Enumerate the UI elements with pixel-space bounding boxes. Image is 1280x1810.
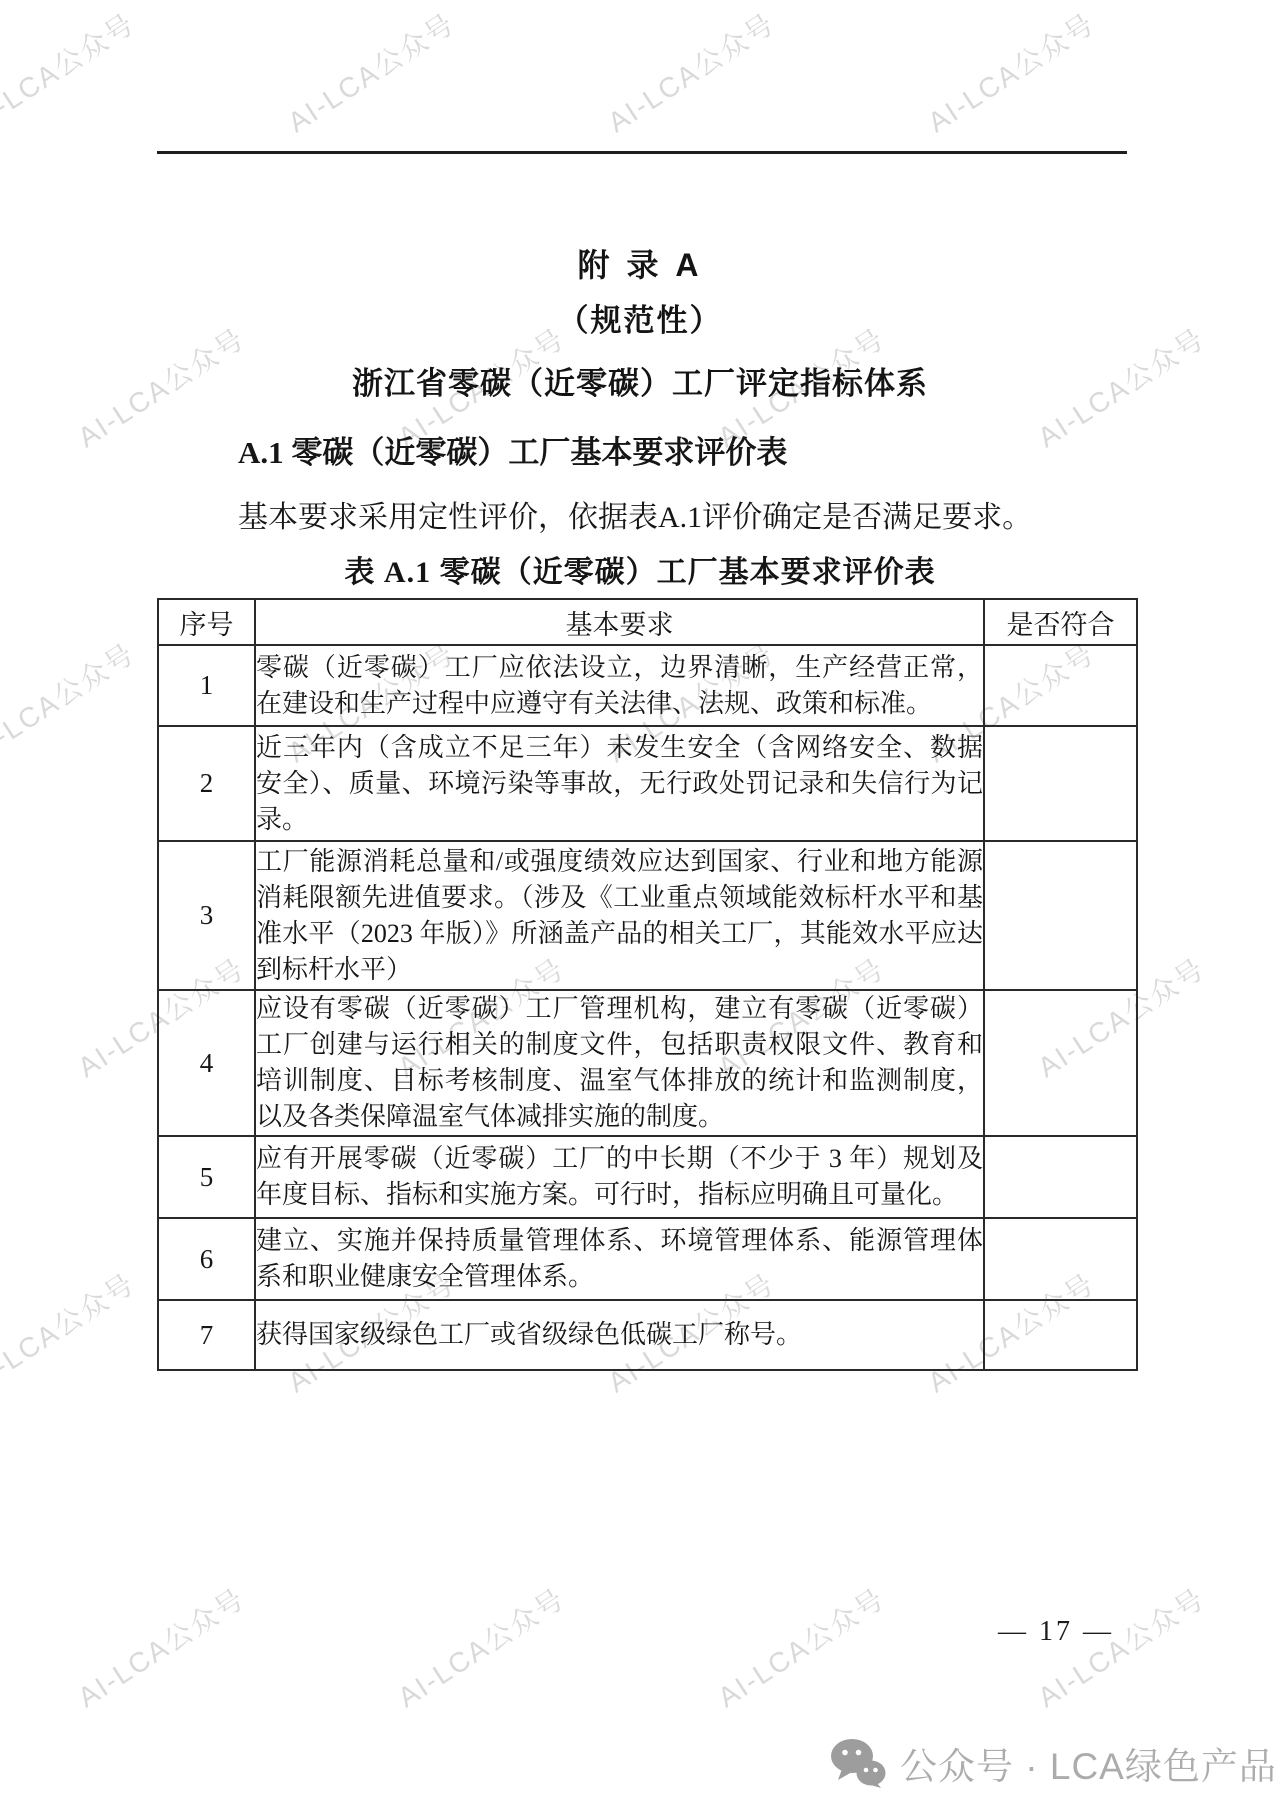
requirement-text: 应设有零碳（近零碳）工厂管理机构，建立有零碳（近零碳）工厂创建与运行相关的制度文…	[255, 990, 984, 1136]
footer-brand-text: 公众号 · LCA绿色产品	[900, 1736, 1277, 1790]
requirement-text: 建立、实施并保持质量管理体系、环境管理体系、能源管理体系和职业健康安全管理体系。	[255, 1218, 984, 1300]
col-header-no: 序号	[158, 599, 255, 645]
section-heading: A.1 零碳（近零碳）工厂基本要求评价表	[238, 427, 787, 472]
requirement-text: 获得国家级绿色工厂或省级绿色低碳工厂称号。	[255, 1300, 984, 1370]
table-caption: 表 A.1 零碳（近零碳）工厂基本要求评价表	[0, 547, 1280, 591]
footer-brand: 公众号 · LCA绿色产品	[830, 1736, 1277, 1790]
row-number: 3	[158, 841, 255, 990]
table-row: 3 工厂能源消耗总量和/或强度绩效应达到国家、行业和地方能源消耗限额先进值要求。…	[158, 841, 1137, 990]
intro-paragraph: 基本要求采用定性评价，依据表A.1评价确定是否满足要求。	[157, 492, 1137, 536]
system-title: 浙江省零碳（近零碳）工厂评定指标体系	[0, 358, 1280, 403]
table-row: 2 近三年内（含成立不足三年）未发生安全（含网络安全、数据安全）、质量、环境污染…	[158, 726, 1137, 841]
compliance-cell	[984, 1218, 1137, 1300]
appendix-title: 附 录 A	[0, 240, 1280, 286]
col-header-compliance: 是否符合	[984, 599, 1137, 645]
row-number: 2	[158, 726, 255, 841]
row-number: 7	[158, 1300, 255, 1370]
requirement-text: 近三年内（含成立不足三年）未发生安全（含网络安全、数据安全）、质量、环境污染等事…	[255, 726, 984, 841]
requirement-text: 工厂能源消耗总量和/或强度绩效应达到国家、行业和地方能源消耗限额先进值要求。（涉…	[255, 841, 984, 990]
table-header-row: 序号 基本要求 是否符合	[158, 599, 1137, 645]
table-row: 5 应有开展零碳（近零碳）工厂的中长期（不少于 3 年）规划及年度目标、指标和实…	[158, 1136, 1137, 1218]
row-number: 5	[158, 1136, 255, 1218]
table-row: 4 应设有零碳（近零碳）工厂管理机构，建立有零碳（近零碳）工厂创建与运行相关的制…	[158, 990, 1137, 1136]
table-row: 6 建立、实施并保持质量管理体系、环境管理体系、能源管理体系和职业健康安全管理体…	[158, 1218, 1137, 1300]
col-header-requirement: 基本要求	[255, 599, 984, 645]
compliance-cell	[984, 1300, 1137, 1370]
document-page: AI-LCA公众号AI-LCA公众号AI-LCA公众号AI-LCA公众号AI-L…	[0, 0, 1280, 1810]
basic-requirements-table: 序号 基本要求 是否符合 1 零碳（近零碳）工厂应依法设立，边界清晰，生产经营正…	[157, 598, 1138, 1371]
compliance-cell	[984, 726, 1137, 841]
page-content: 附 录 A （规范性） 浙江省零碳（近零碳）工厂评定指标体系 A.1 零碳（近零…	[0, 0, 1280, 1810]
compliance-cell	[984, 645, 1137, 726]
row-number: 6	[158, 1218, 255, 1300]
compliance-cell	[984, 841, 1137, 990]
table-row: 7 获得国家级绿色工厂或省级绿色低碳工厂称号。	[158, 1300, 1137, 1370]
page-number: — 17 —	[998, 1616, 1114, 1648]
table-row: 1 零碳（近零碳）工厂应依法设立，边界清晰，生产经营正常，在建设和生产过程中应遵…	[158, 645, 1137, 726]
wechat-icon	[830, 1738, 886, 1788]
compliance-cell	[984, 990, 1137, 1136]
compliance-cell	[984, 1136, 1137, 1218]
requirement-text: 零碳（近零碳）工厂应依法设立，边界清晰，生产经营正常，在建设和生产过程中应遵守有…	[255, 645, 984, 726]
normative-subtitle: （规范性）	[0, 295, 1280, 340]
row-number: 1	[158, 645, 255, 726]
row-number: 4	[158, 990, 255, 1136]
header-rule	[157, 151, 1127, 154]
requirement-text: 应有开展零碳（近零碳）工厂的中长期（不少于 3 年）规划及年度目标、指标和实施方…	[255, 1136, 984, 1218]
